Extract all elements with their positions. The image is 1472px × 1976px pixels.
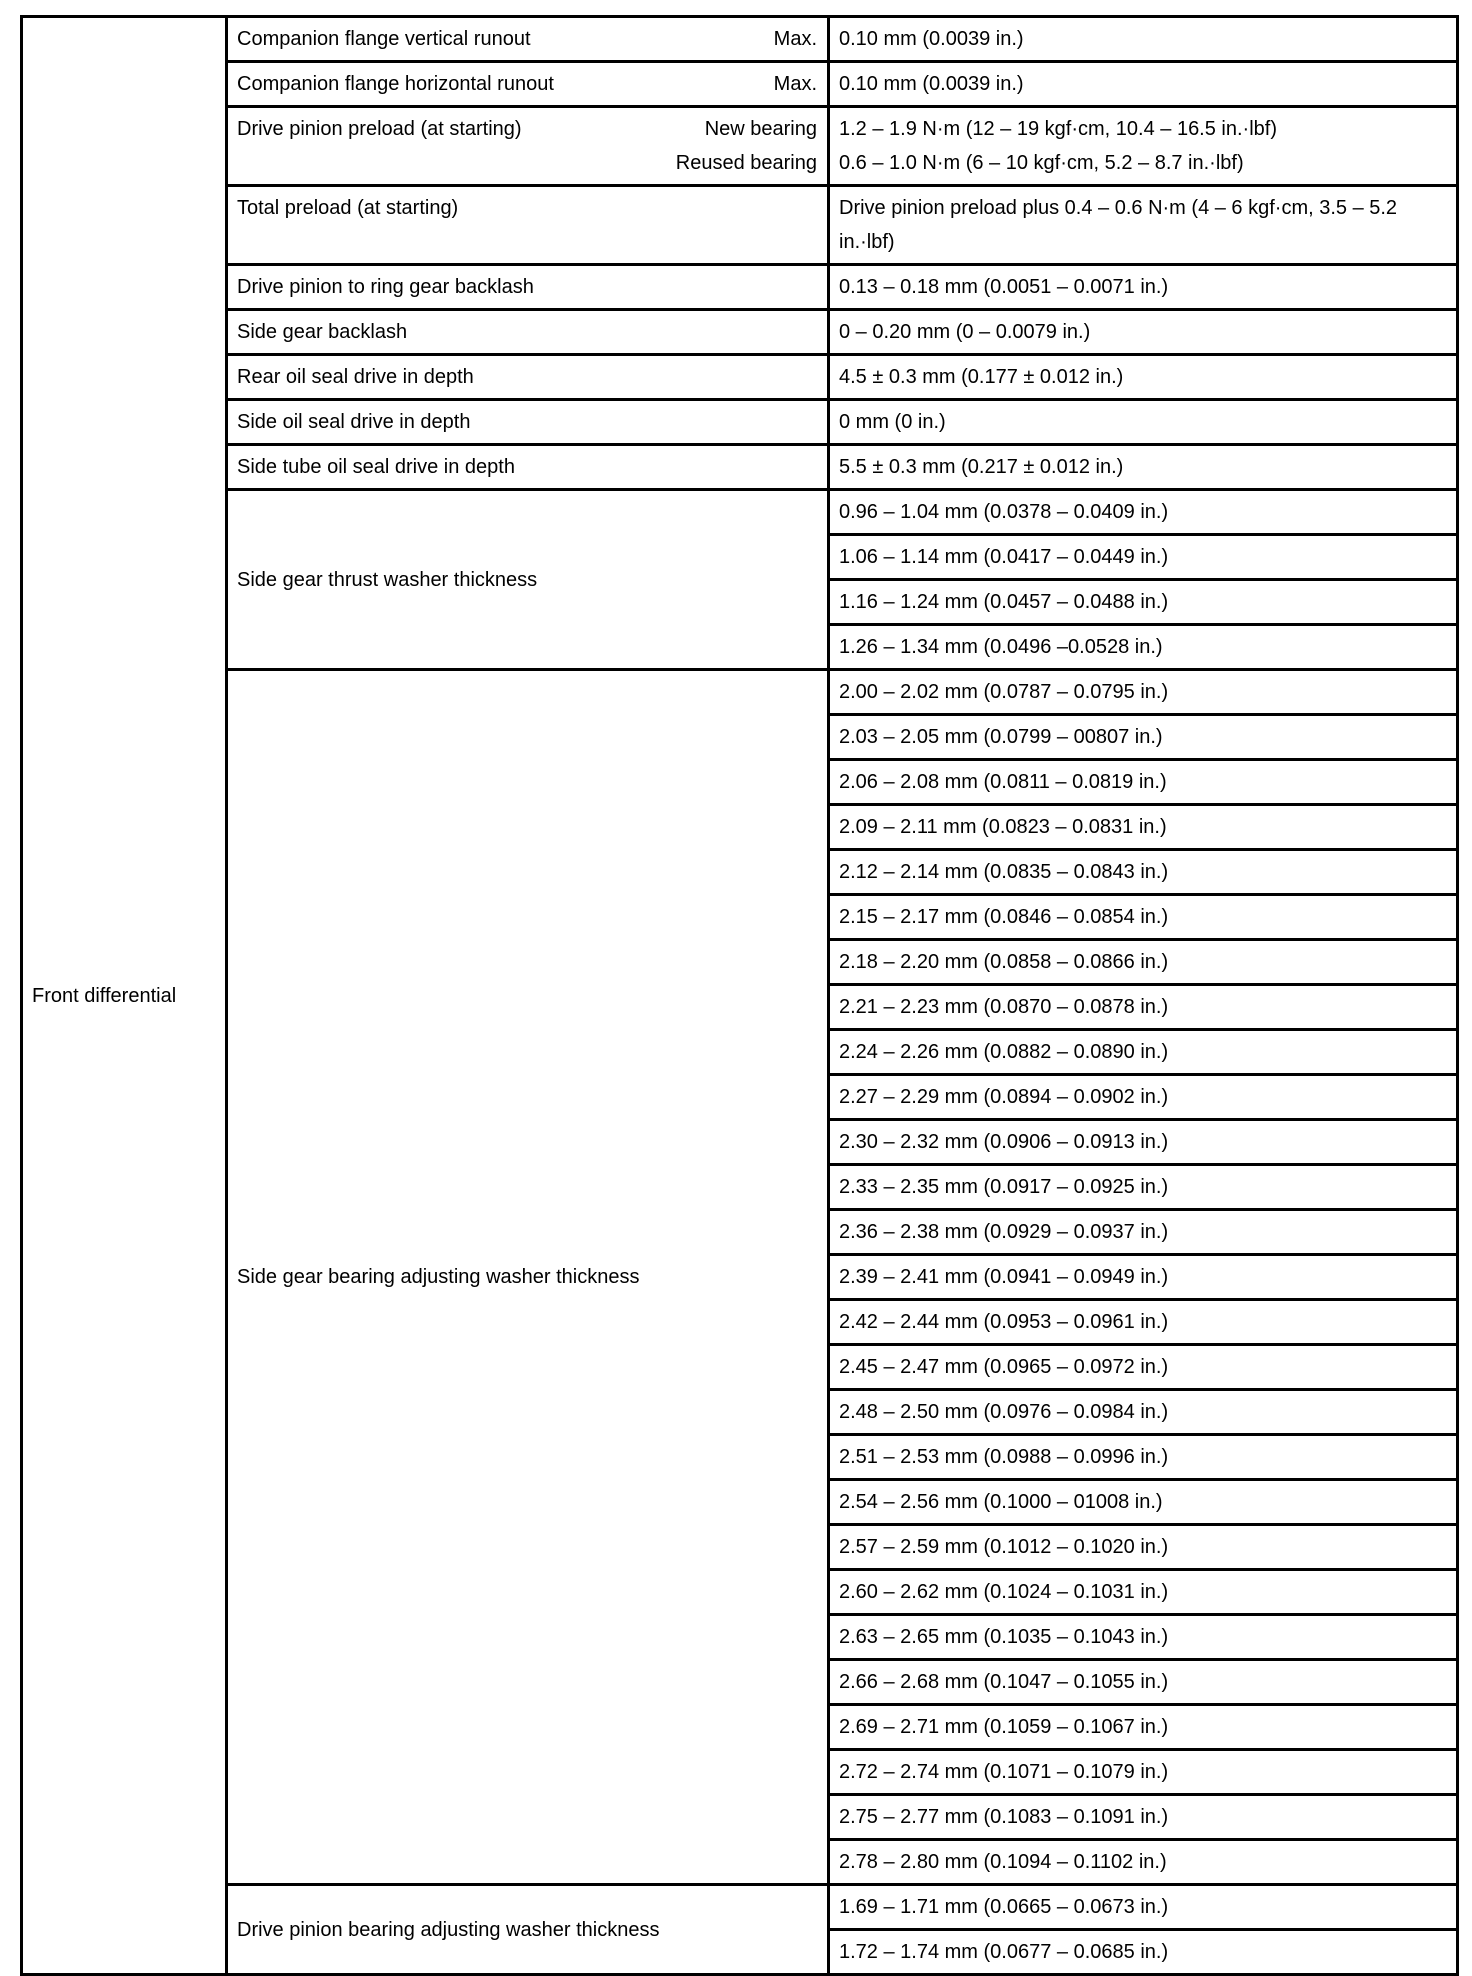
bearing-washer-value: 2.06 – 2.08 mm (0.0811 – 0.0819 in.) — [829, 760, 1458, 805]
bearing-washer-value: 2.78 – 2.80 mm (0.1094 – 0.1102 in.) — [829, 1840, 1458, 1885]
value-line: 0.6 – 1.0 N·m (6 – 10 kgf·cm, 5.2 – 8.7 … — [839, 146, 1446, 180]
table-row: Side oil seal drive in depth 0 mm (0 in.… — [22, 400, 1458, 445]
group-label: Front differential — [22, 17, 227, 1975]
item-name: Drive pinion preload (at starting) — [237, 112, 522, 180]
item-label: Drive pinion preload (at starting) New b… — [227, 107, 829, 186]
pinion-washer-value: 1.72 – 1.74 mm (0.0677 – 0.0685 in.) — [829, 1930, 1458, 1975]
thrust-washer-value: 1.06 – 1.14 mm (0.0417 – 0.0449 in.) — [829, 535, 1458, 580]
item-value: 5.5 ± 0.3 mm (0.217 ± 0.012 in.) — [829, 445, 1458, 490]
bearing-washer-value: 2.51 – 2.53 mm (0.0988 – 0.0996 in.) — [829, 1435, 1458, 1480]
bearing-washer-value: 2.30 – 2.32 mm (0.0906 – 0.0913 in.) — [829, 1120, 1458, 1165]
bearing-washer-value: 2.36 – 2.38 mm (0.0929 – 0.0937 in.) — [829, 1210, 1458, 1255]
item-qualifier: Max. — [774, 22, 817, 56]
item-label: Rear oil seal drive in depth — [227, 355, 829, 400]
table-row: Companion flange horizontal runout Max. … — [22, 62, 1458, 107]
item-name: Companion flange horizontal runout — [237, 67, 554, 101]
bearing-washer-value: 2.12 – 2.14 mm (0.0835 – 0.0843 in.) — [829, 850, 1458, 895]
bearing-washer-value: 2.69 – 2.71 mm (0.1059 – 0.1067 in.) — [829, 1705, 1458, 1750]
bearing-washer-value: 2.45 – 2.47 mm (0.0965 – 0.0972 in.) — [829, 1345, 1458, 1390]
item-value: 0.13 – 0.18 mm (0.0051 – 0.0071 in.) — [829, 265, 1458, 310]
table-row: Drive pinion to ring gear backlash 0.13 … — [22, 265, 1458, 310]
item-qualifier: Reused bearing — [676, 146, 817, 180]
item-label: Side oil seal drive in depth — [227, 400, 829, 445]
bearing-washer-value: 2.27 – 2.29 mm (0.0894 – 0.0902 in.) — [829, 1075, 1458, 1120]
bearing-washer-value: 2.60 – 2.62 mm (0.1024 – 0.1031 in.) — [829, 1570, 1458, 1615]
bearing-washer-value: 2.54 – 2.56 mm (0.1000 – 01008 in.) — [829, 1480, 1458, 1525]
item-name: Companion flange vertical runout — [237, 22, 531, 56]
pinion-washer-value: 1.69 – 1.71 mm (0.0665 – 0.0673 in.) — [829, 1885, 1458, 1930]
item-qualifier: New bearing — [676, 112, 817, 146]
bearing-washer-value: 2.42 – 2.44 mm (0.0953 – 0.0961 in.) — [829, 1300, 1458, 1345]
bearing-washer-value: 2.15 – 2.17 mm (0.0846 – 0.0854 in.) — [829, 895, 1458, 940]
table-row: Rear oil seal drive in depth 4.5 ± 0.3 m… — [22, 355, 1458, 400]
item-value: 4.5 ± 0.3 mm (0.177 ± 0.012 in.) — [829, 355, 1458, 400]
bearing-washer-value: 2.66 – 2.68 mm (0.1047 – 0.1055 in.) — [829, 1660, 1458, 1705]
bearing-washer-value: 2.21 – 2.23 mm (0.0870 – 0.0878 in.) — [829, 985, 1458, 1030]
table-row: Total preload (at starting) Drive pinion… — [22, 186, 1458, 265]
item-value: 0.10 mm (0.0039 in.) — [829, 62, 1458, 107]
item-label: Total preload (at starting) — [227, 186, 829, 265]
bearing-washer-value: 2.63 – 2.65 mm (0.1035 – 0.1043 in.) — [829, 1615, 1458, 1660]
item-label: Side tube oil seal drive in depth — [227, 445, 829, 490]
item-qualifier: Max. — [774, 67, 817, 101]
table-row: Drive pinion preload (at starting) New b… — [22, 107, 1458, 186]
item-value: Drive pinion preload plus 0.4 – 0.6 N·m … — [829, 186, 1458, 265]
thrust-washer-value: 1.26 – 1.34 mm (0.0496 –0.0528 in.) — [829, 625, 1458, 670]
bearing-washer-value: 2.39 – 2.41 mm (0.0941 – 0.0949 in.) — [829, 1255, 1458, 1300]
item-label: Companion flange vertical runout Max. — [227, 17, 829, 62]
table-row: Front differential Companion flange vert… — [22, 17, 1458, 62]
thrust-washer-label: Side gear thrust washer thickness — [227, 490, 829, 670]
bearing-washer-label: Side gear bearing adjusting washer thick… — [227, 670, 829, 1885]
table-row: Side gear bearing adjusting washer thick… — [22, 670, 1458, 715]
table-row: Drive pinion bearing adjusting washer th… — [22, 1885, 1458, 1930]
bearing-washer-value: 2.24 – 2.26 mm (0.0882 – 0.0890 in.) — [829, 1030, 1458, 1075]
bearing-washer-value: 2.33 – 2.35 mm (0.0917 – 0.0925 in.) — [829, 1165, 1458, 1210]
item-label: Drive pinion to ring gear backlash — [227, 265, 829, 310]
table-row: Side tube oil seal drive in depth 5.5 ± … — [22, 445, 1458, 490]
value-line: 1.2 – 1.9 N·m (12 – 19 kgf·cm, 10.4 – 16… — [839, 112, 1446, 146]
item-value: 0 mm (0 in.) — [829, 400, 1458, 445]
bearing-washer-value: 2.18 – 2.20 mm (0.0858 – 0.0866 in.) — [829, 940, 1458, 985]
pinion-washer-label: Drive pinion bearing adjusting washer th… — [227, 1885, 829, 1975]
item-value: 1.2 – 1.9 N·m (12 – 19 kgf·cm, 10.4 – 16… — [829, 107, 1458, 186]
table-row: Side gear thrust washer thickness0.96 – … — [22, 490, 1458, 535]
thrust-washer-value: 1.16 – 1.24 mm (0.0457 – 0.0488 in.) — [829, 580, 1458, 625]
bearing-washer-value: 2.75 – 2.77 mm (0.1083 – 0.1091 in.) — [829, 1795, 1458, 1840]
bearing-washer-value: 2.09 – 2.11 mm (0.0823 – 0.0831 in.) — [829, 805, 1458, 850]
spec-table: Front differential Companion flange vert… — [20, 15, 1459, 1976]
bearing-washer-value: 2.72 – 2.74 mm (0.1071 – 0.1079 in.) — [829, 1750, 1458, 1795]
item-label: Side gear backlash — [227, 310, 829, 355]
bearing-washer-value: 2.48 – 2.50 mm (0.0976 – 0.0984 in.) — [829, 1390, 1458, 1435]
bearing-washer-value: 2.03 – 2.05 mm (0.0799 – 00807 in.) — [829, 715, 1458, 760]
bearing-washer-value: 2.00 – 2.02 mm (0.0787 – 0.0795 in.) — [829, 670, 1458, 715]
bearing-washer-value: 2.57 – 2.59 mm (0.1012 – 0.1020 in.) — [829, 1525, 1458, 1570]
thrust-washer-value: 0.96 – 1.04 mm (0.0378 – 0.0409 in.) — [829, 490, 1458, 535]
item-label: Companion flange horizontal runout Max. — [227, 62, 829, 107]
table-row: Side gear backlash 0 – 0.20 mm (0 – 0.00… — [22, 310, 1458, 355]
item-value: 0 – 0.20 mm (0 – 0.0079 in.) — [829, 310, 1458, 355]
item-value: 0.10 mm (0.0039 in.) — [829, 17, 1458, 62]
